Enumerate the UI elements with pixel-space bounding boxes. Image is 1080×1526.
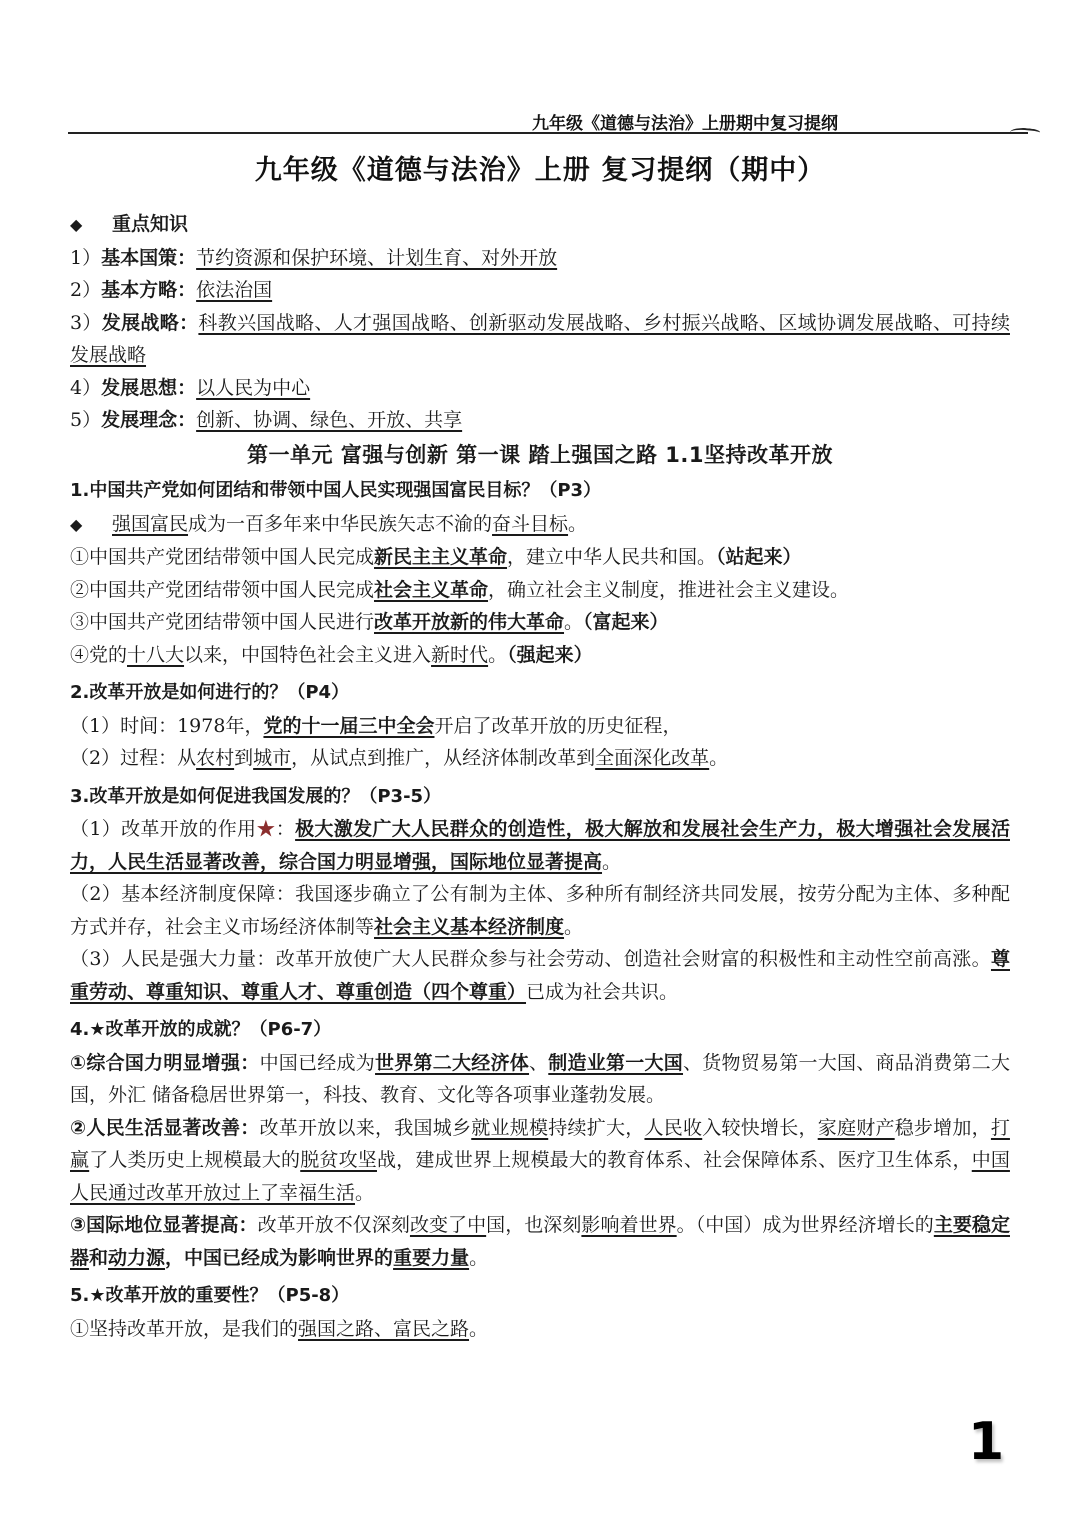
running-head: 九年级《道德与法治》上册期中复习提纲 [532,109,838,134]
question-3: 3.改革开放是如何促进我国发展的？（P3-5） [70,781,1010,814]
q3-point-3: （3）人民是强大力量：改革开放使广大人民群众参与社会劳动、创造社会财富的积极性和… [70,943,1010,1008]
q3-point-2: （2）基本经济制度保障：我国逐步确立了公有制为主体、多种所有制经济共同发展，按劳… [70,878,1010,943]
q4-answer-1: ①综合国力明显增强：中国已经成为世界第二大经济体、制造业第一大国、货物贸易第一大… [70,1047,1010,1112]
q2-time: （1）时间：1978年，党的十一届三中全会开启了改革开放的历史征程， [70,710,1010,743]
q1-point: ②中国共产党团结带领中国人民完成社会主义革命，确立社会主义制度，推进社会主义建设… [70,574,1010,607]
diamond-bullet-icon: ◆ [70,209,98,242]
question-4: 4.★改革开放的成就？（P6-7） [70,1014,1010,1047]
question-5: 5.★改革开放的重要性？（P5-8） [70,1280,1010,1313]
q1-point: ③中国共产党团结带领中国人民进行改革开放新的伟大革命。（富起来） [70,606,1010,639]
key-item: 5）发展理念：创新、协调、绿色、开放、共享 [70,404,1010,437]
diamond-bullet-icon: ◆ [70,509,98,542]
q1-point: ①中国共产党团结带领中国人民完成新民主主义革命，建立中华人民共和国。（站起来） [70,541,1010,574]
key-item: 1）基本国策：节约资源和保护环境、计划生育、对外开放 [70,242,1010,275]
page-number: 1 [968,1412,1004,1472]
document-title: 九年级《道德与法治》上册 复习提纲（期中） [0,148,1080,187]
key-item: 3）发展战略：科教兴国战略、人才强国战略、创新驱动发展战略、乡村振兴战略、区域协… [70,307,1010,372]
key-item: 4）发展思想：以人民为中心 [70,372,1010,405]
document-body: ◆重点知识 1）基本国策：节约资源和保护环境、计划生育、对外开放 2）基本方略：… [70,208,1010,1345]
q3-point-1: （1）改革开放的作用★：极大激发广大人民群众的创造性，极大解放和发展社会生产力，… [70,813,1010,878]
question-1: 1.中国共产党如何团结和带领中国人民实现强国富民目标？（P3） [70,475,1010,508]
question-2: 2.改革开放是如何进行的？（P4） [70,677,1010,710]
star-icon: ★ [256,818,275,840]
unit-title: 第一单元 富强与创新 第一课 踏上强国之路 1.1坚持改革开放 [70,439,1010,472]
header-rule-tail [1010,126,1041,139]
q1-lead: ◆强国富民成为一百多年来中华民族矢志不渝的奋斗目标。 [70,508,1010,542]
q4-answer-3: ③国际地位显著提高：改革开放不仅深刻改变了中国，也深刻影响着世界。（中国）成为世… [70,1209,1010,1274]
header-rule [68,132,1028,134]
q2-process: （2）过程：从农村到城市，从试点到推广，从经济体制改革到全面深化改革。 [70,742,1010,775]
key-knowledge-heading: ◆重点知识 [70,208,1010,242]
q4-answer-2: ②人民生活显著改善：改革开放以来，我国城乡就业规模持续扩大，人民收入较快增长，家… [70,1112,1010,1210]
q5-answer-1: ①坚持改革开放，是我们的强国之路、富民之路。 [70,1313,1010,1346]
key-item: 2）基本方略：依法治国 [70,274,1010,307]
q1-point: ④党的十八大以来，中国特色社会主义进入新时代。（强起来） [70,639,1010,672]
